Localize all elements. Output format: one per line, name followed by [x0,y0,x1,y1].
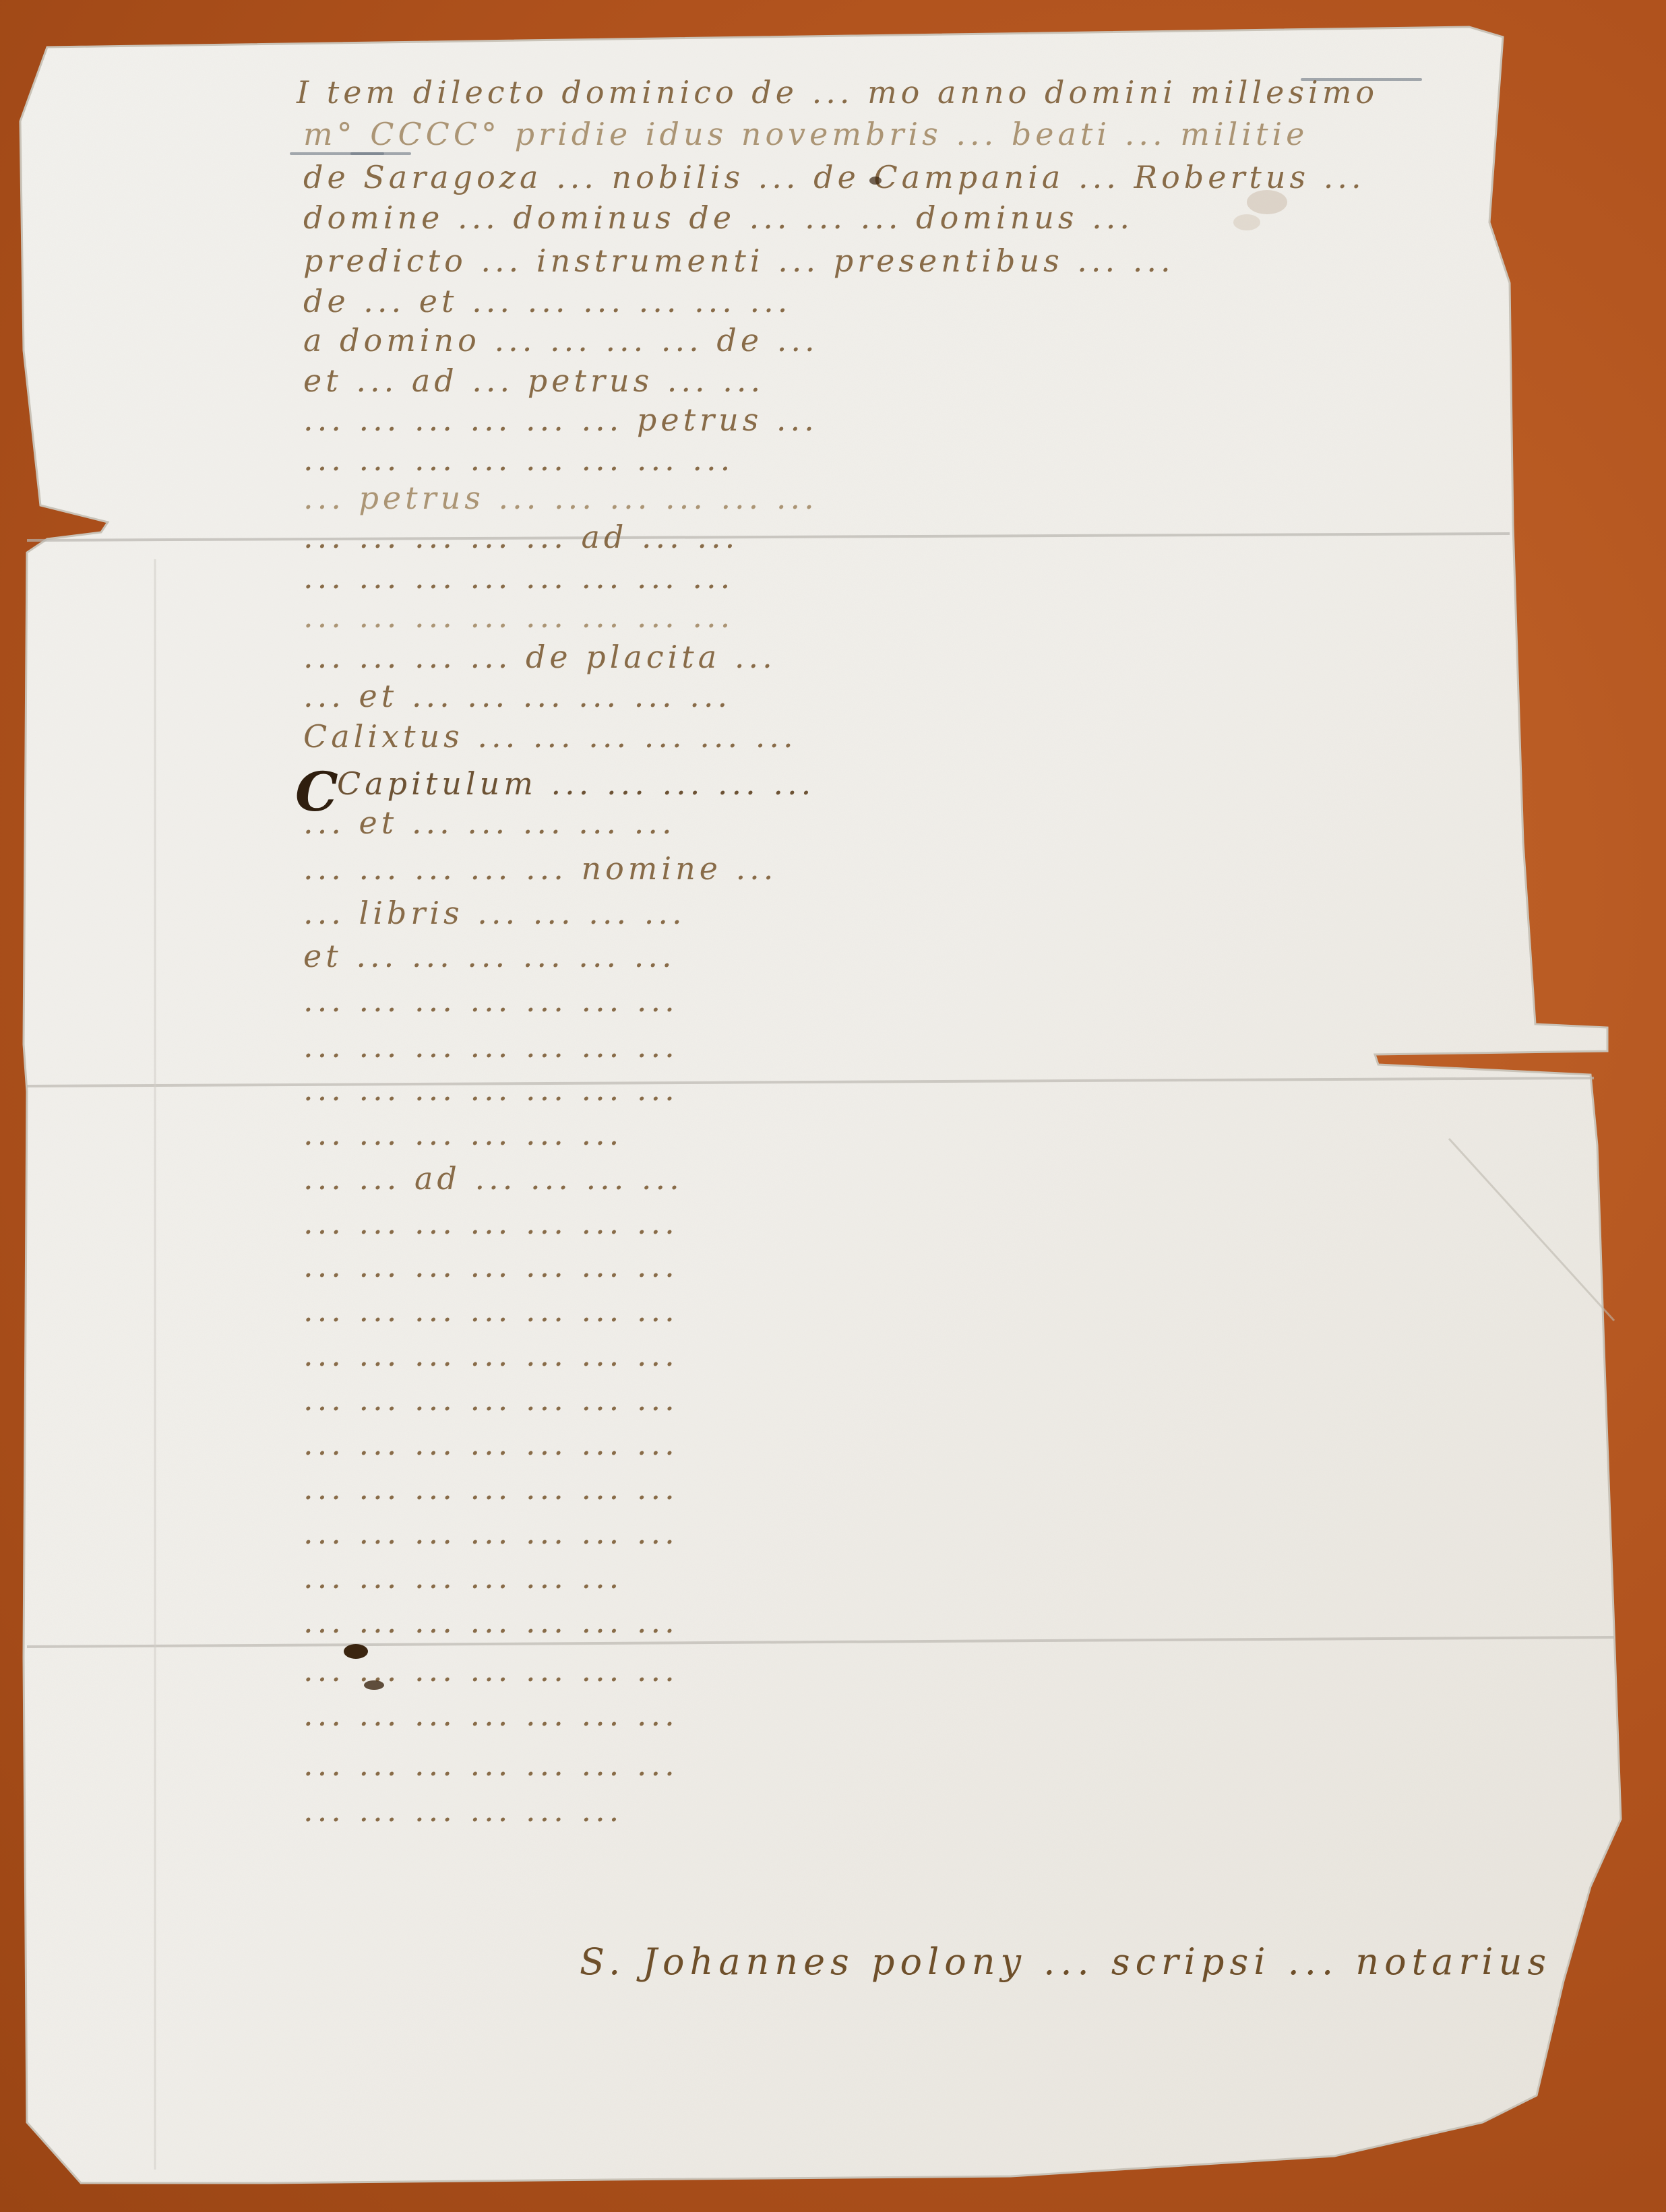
manuscript-line: de Saragoza ... nobilis ... de Campania … [303,159,1365,195]
ink-blot [344,1644,368,1659]
manuscript-line: ... ... ... ... ... ... ... [303,1426,679,1462]
manuscript-line: ... petrus ... ... ... ... ... ... [303,480,818,516]
manuscript-line: predicto ... instrumenti ... presentibus… [303,243,1175,279]
manuscript-line: ... et ... ... ... ... ... ... [303,678,731,714]
manuscript-line: ... ... ... ... ... ... ... [303,1292,679,1329]
notary-signature: S. Johannes polony ... scripsi ... notar… [580,1940,1551,1983]
manuscript-line: ... ... ... ... ... nomine ... [303,850,777,887]
manuscript-line: Calixtus ... ... ... ... ... ... [303,718,797,755]
underline-stroke [350,152,411,155]
manuscript-line: ... ... ... ... ... ... ... [303,1697,679,1733]
manuscript-line: ... ... ... ... ... ... ... [303,1205,679,1241]
manuscript-line: ... ... ad ... ... ... ... [303,1160,683,1197]
manuscript-line: ... ... ... ... ... ... ... [303,1515,679,1551]
manuscript-line: ... ... ... ... ... ... petrus ... [303,402,818,438]
manuscript-line: ... ... ... ... ... ... ... [303,1071,679,1108]
manuscript-line: ... ... ... ... ... ... ... [303,1746,679,1783]
manuscript-line: ... ... ... ... ... ... ... ... [303,441,734,478]
manuscript-line: ... ... ... ... ... ... [303,1116,623,1152]
manuscript-line: ... ... ... ... ... ad ... ... [303,519,739,555]
manuscript-line: ... ... ... ... ... ... ... [303,1381,679,1418]
manuscript-line: et ... ... ... ... ... ... [303,938,676,974]
manuscript-line: ... ... ... ... ... ... [303,1792,623,1829]
manuscript-line: Capitulum ... ... ... ... ... [337,765,815,802]
manuscript-line: m° CCCC° pridie idus novembris ... beati… [303,116,1308,152]
manuscript-line: ... ... ... ... de placita ... [303,639,776,675]
manuscript-line: ... ... ... ... ... ... ... [303,1470,679,1507]
manuscript-line: ... ... ... ... ... ... ... [303,1604,679,1640]
manuscript-line: ... ... ... ... ... ... ... ... [303,559,734,596]
manuscript-line: de ... et ... ... ... ... ... ... [303,283,791,319]
manuscript-line: ... libris ... ... ... ... [303,895,686,931]
manuscript-text-block: I tem dilecto dominico de ... mo anno do… [0,0,1666,2212]
manuscript-line: et ... ad ... petrus ... ... [303,362,764,399]
manuscript-line: ... ... ... ... ... ... [303,1559,623,1595]
manuscript-line: ... et ... ... ... ... ... [303,804,676,841]
manuscript-line: ... ... ... ... ... ... ... [303,982,679,1019]
manuscript-line: I tem dilecto dominico de ... mo anno do… [297,74,1378,110]
manuscript-line: ... ... ... ... ... ... ... [303,1028,679,1065]
ink-blot [869,177,882,185]
ink-blot [364,1680,384,1690]
manuscript-line: ... ... ... ... ... ... ... [303,1337,679,1373]
manuscript-line: a domino ... ... ... ... de ... [303,322,819,358]
manuscript-line: domine ... dominus de ... ... ... dominu… [303,199,1134,236]
manuscript-line: ... ... ... ... ... ... ... ... [303,598,734,635]
manuscript-line: ... ... ... ... ... ... ... [303,1248,679,1284]
